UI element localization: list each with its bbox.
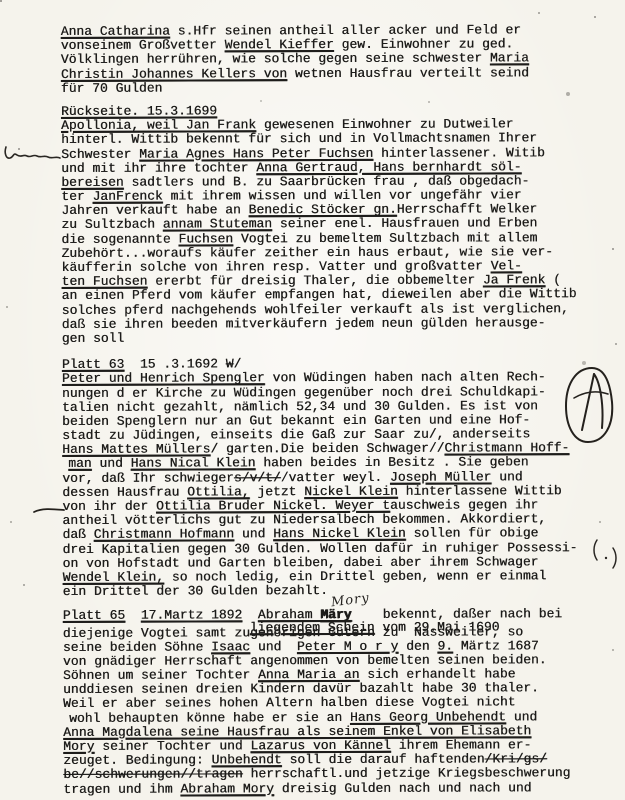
text-segment: W bbox=[226, 356, 234, 371]
text-segment: und bbox=[92, 456, 131, 471]
text-segment: zeuget. Bedingung: bbox=[63, 753, 211, 769]
text-segment: vonseinem Großvetter bbox=[61, 38, 225, 54]
text-segment: für 70 Gulden bbox=[61, 80, 162, 95]
text-line: gen soll bbox=[62, 330, 607, 346]
text-segment: /vatter weyl. bbox=[281, 469, 390, 484]
text-segment: Benedic Stöcker gn. bbox=[249, 202, 397, 218]
text-segment: Ja Frenk bbox=[483, 272, 545, 287]
text-segment: ein Drittel der 30 Gulden bezahlt. bbox=[63, 583, 328, 599]
text-segment: auschweis gegen ihr bbox=[390, 497, 538, 513]
text-segment: Rückseite. 15.3.1699 bbox=[61, 103, 217, 119]
scanned-document-page: Anna Catharina s.Hfr seinen antheil alle… bbox=[0, 0, 625, 800]
text-segment: zu Sultzbach bbox=[61, 217, 162, 232]
text-segment: und bbox=[234, 527, 273, 542]
paragraph: Anna Catharina s.Hfr seinen antheil alle… bbox=[61, 23, 606, 96]
circled-letter-icon bbox=[558, 364, 622, 448]
text-segment: den bbox=[398, 638, 437, 653]
text-segment: Hans Mattes Müllers bbox=[62, 442, 210, 458]
text-segment: und bbox=[506, 709, 537, 724]
text-segment: sich erhandelt habe bbox=[359, 666, 515, 682]
text-line: daß sie ihren beeden mitverkäufern jedem… bbox=[62, 316, 607, 332]
text-segment: tragen und ihm bbox=[63, 781, 180, 796]
text-segment: Lazarus von Kännel bbox=[250, 738, 390, 753]
text-segment: / bbox=[233, 356, 241, 371]
text-segment: Fuchsen bbox=[178, 231, 233, 246]
text-segment: annam Stuteman bbox=[163, 217, 272, 232]
text-segment: und bbox=[491, 469, 522, 484]
text-segment: Anna Maria an bbox=[258, 667, 359, 682]
text-segment: Wendel Klein, bbox=[63, 570, 164, 585]
text-segment: Christmann Hofmann bbox=[94, 527, 234, 542]
text-segment: Vel- bbox=[491, 258, 522, 273]
text-segment: ihrem Ehemann er- bbox=[391, 737, 531, 752]
paragraph: Rückseite. 15.3.1699Apollonia, weil Jan … bbox=[61, 103, 607, 346]
text-segment: liegendem Schein bbox=[250, 619, 375, 634]
text-segment: wetnen Hausfrau verteilt seind bbox=[287, 65, 529, 81]
text-segment: sollen für obige bbox=[406, 526, 539, 541]
text-segment: die sogenannte bbox=[61, 231, 178, 246]
text-segment: Peter M o r y bbox=[297, 638, 398, 653]
text-segment: Hans Nical Klein bbox=[131, 456, 256, 471]
text-segment: ten Fuchsen bbox=[62, 274, 148, 289]
text-segment: seiner Tochter und bbox=[94, 738, 250, 754]
text-segment: Wendel Kieffer bbox=[225, 37, 334, 52]
text-segment: Abraham Mory bbox=[180, 781, 274, 796]
text-segment: Hans Nickel Klein bbox=[273, 526, 406, 541]
text-segment: jetzt bbox=[250, 484, 305, 499]
scan-speckles bbox=[0, 0, 2, 2]
text-segment: bereisen bbox=[61, 175, 123, 190]
margin-squiggle-icon bbox=[2, 143, 66, 165]
text-segment: Joseph Müller bbox=[390, 469, 491, 484]
text-line: Christin Johannes Kellers von wetnen Hau… bbox=[61, 66, 606, 82]
text-segment: Isaac bbox=[211, 639, 250, 654]
text-segment: dessen Hausfrau bbox=[62, 484, 187, 499]
text-segment: daß sie ihren beeden mitverkäufern jedem… bbox=[62, 315, 546, 332]
text-segment: 15 .3.1692 bbox=[124, 357, 225, 372]
text-segment: ter bbox=[61, 189, 92, 204]
text-segment: Mory bbox=[63, 739, 94, 754]
text-segment: /Kri/gs/ bbox=[484, 751, 546, 766]
document-body: Anna Catharina s.Hfr seinen antheil alle… bbox=[61, 23, 609, 797]
text-line: tragen und ihm Abraham Mory dreisig Guld… bbox=[63, 781, 608, 797]
text-segment: Christin Johannes Kellers von bbox=[61, 66, 287, 82]
text-segment: Märtz 1687 bbox=[453, 638, 539, 653]
text-segment: hinterlassene Wittib bbox=[398, 483, 562, 499]
text-segment: und bbox=[250, 639, 297, 654]
text-segment: vom 29.Mai 1690 bbox=[375, 619, 500, 634]
text-segment: Herrschafft Welker bbox=[397, 202, 537, 217]
text-segment: man bbox=[68, 456, 91, 471]
text-segment: ( bbox=[545, 272, 561, 287]
text-segment: hinterlassener. Witib bbox=[373, 145, 545, 161]
paragraph: Platt 63 15 .3.1692 W/Peter und Henrich … bbox=[62, 356, 608, 599]
paragraph: Platt 65 17.Martz 1892 Abraham Märy beke… bbox=[63, 607, 609, 796]
text-segment: so noch ledig, ein Drittel geben, wenn e… bbox=[164, 568, 546, 584]
text-segment: JanFrenck bbox=[92, 189, 162, 204]
text-segment: 9. bbox=[437, 638, 453, 653]
text-segment: gen soll bbox=[62, 331, 124, 346]
margin-paren-icon bbox=[589, 538, 623, 572]
text-segment: seine beiden Söhne bbox=[63, 639, 211, 655]
text-segment: Hans Georg Unbehendt bbox=[350, 709, 506, 725]
text-segment: be//schwerungen//tragen bbox=[63, 767, 242, 783]
text-segment: von ihr der bbox=[62, 499, 156, 514]
text-segment: Nickel Klein bbox=[304, 484, 398, 499]
margin-dash-icon bbox=[32, 503, 66, 517]
text-segment: Maria bbox=[490, 51, 529, 66]
text-segment: daß bbox=[62, 527, 93, 542]
text-segment: s/v/t/ bbox=[234, 470, 281, 485]
text-segment: Platt 63 bbox=[62, 357, 124, 372]
text-segment: vor, daß Ihr schwieger bbox=[62, 470, 234, 486]
text-segment: dreisig Gulden nach und nach und bbox=[274, 780, 532, 796]
text-line: Wendel Klein, so noch ledig, ein Drittel… bbox=[63, 569, 608, 585]
text-line: für 70 Gulden bbox=[61, 80, 606, 96]
text-segment: Anna Catharina bbox=[61, 24, 170, 39]
text-segment: Schwester bbox=[61, 146, 139, 161]
text-segment: Christmann Hoff- bbox=[444, 440, 569, 455]
text-segment: Unbehendt bbox=[211, 752, 281, 767]
text-segment: Ottilia, bbox=[187, 484, 249, 499]
